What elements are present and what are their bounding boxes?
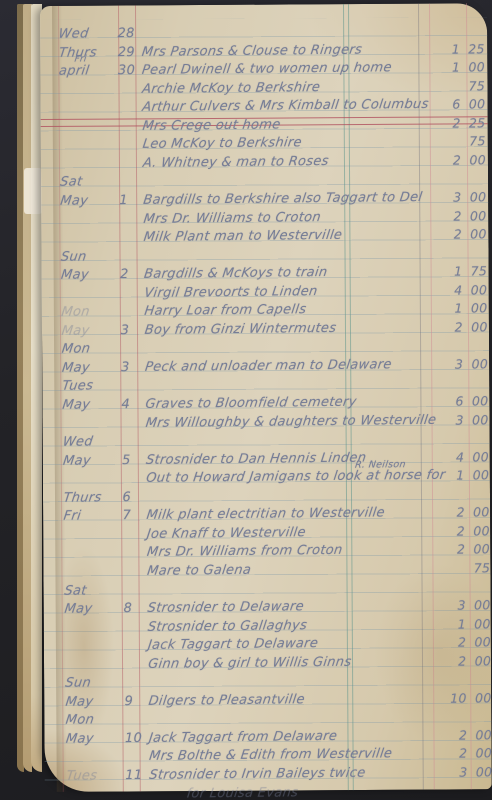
amount: 4 00 — [431, 449, 492, 465]
entry-text: Pearl Dwinell & two women up home — [141, 60, 393, 78]
entry-text: Milk plant electritian to Westerville — [146, 506, 386, 524]
photo-background: Wed 28 Thurs 29 Mrs Parsons & Clouse to … — [0, 0, 492, 800]
amount: 75 — [428, 134, 492, 150]
amount: 75 — [427, 78, 492, 94]
day-label — [59, 82, 117, 83]
day-label: Mon — [61, 341, 121, 357]
date-number: 30 — [118, 63, 138, 78]
amount: 2 00 — [428, 208, 492, 224]
day-label: May — [61, 397, 121, 413]
entry-text: Leo McKoy to Berkshire — [142, 136, 303, 153]
amount: 2 25 — [427, 115, 492, 131]
day-label: Fri — [63, 508, 123, 524]
entry-text: Virgil Brevoorts to Linden — [143, 284, 318, 301]
day-label — [61, 286, 119, 287]
amount: 1 75 — [429, 263, 492, 279]
date-number: 3 — [121, 323, 141, 338]
day-label — [63, 416, 121, 417]
amount: 2 00 — [432, 504, 492, 520]
date-number: 2 — [120, 267, 140, 282]
day-label: Mon — [65, 712, 125, 728]
day-label: May — [62, 453, 122, 469]
amount: 3 00 — [431, 412, 492, 428]
entry-text: Strosnider to Gallaghys — [147, 618, 308, 635]
day-label — [63, 471, 121, 472]
day-label: May — [65, 694, 125, 710]
date-number: 6 — [122, 490, 142, 505]
date-number: 10 — [125, 731, 145, 746]
entry-text: Harry Loar from Capells — [144, 302, 308, 319]
entry-text: Mrs Crege out home — [142, 117, 282, 133]
entry-text: Mrs Parsons & Clouse to Ringers — [141, 42, 363, 59]
day-label — [65, 657, 123, 658]
entry-text: Ginn boy & girl to Willis Ginns — [147, 654, 352, 671]
amount: 3 00 — [433, 597, 492, 613]
entry-text: Boy from Ginzi Wintermutes — [144, 321, 338, 338]
entry-text: Mrs Willoughby & daughters to Westervill… — [145, 412, 437, 430]
entry-text: Jack Taggart from Delaware — [148, 729, 338, 746]
day-label: Sun — [60, 249, 120, 265]
entry-text: Bargdills & McKoys to train — [143, 265, 328, 282]
amount: 2 00 — [428, 152, 492, 168]
entry-text: Mrs Dr. Williams to Croton — [143, 210, 322, 227]
date-number: 8 — [124, 601, 144, 616]
amount: 2 00 — [432, 542, 492, 558]
entry-text: Dilgers to Pleasantville — [148, 692, 306, 709]
day-label: Tues — [61, 379, 121, 395]
day-label: Wed — [62, 434, 122, 450]
amount: 1 00 — [427, 59, 492, 75]
amount: 1 00 — [429, 300, 492, 316]
day-label — [59, 119, 117, 120]
date-number: 3 — [121, 360, 141, 375]
day-label: May — [65, 731, 125, 747]
ledger-entries: Wed 28 Thurs 29 Mrs Parsons & Clouse to … — [38, 2, 492, 793]
entry-text: Mrs Dr. Williams from Croton — [146, 543, 343, 560]
date-number: 11 — [125, 768, 145, 783]
day-label: Tues — [65, 768, 125, 784]
day-label — [60, 156, 118, 157]
amount: 2 00 — [434, 746, 492, 762]
amount: 3 00 — [428, 189, 492, 205]
day-label — [59, 100, 117, 101]
entry-text: A. Whitney & man to Roses — [142, 154, 330, 171]
day-label — [66, 750, 124, 751]
day-label — [60, 212, 118, 213]
amount: 1 00 — [431, 467, 492, 483]
amount: 2 00 — [429, 226, 492, 242]
amount: 2 00 — [433, 653, 492, 669]
amount: 6 00 — [430, 393, 492, 409]
day-sublabel: Fri — [74, 55, 87, 65]
entry-text: Milk Plant man to Westerville — [143, 228, 343, 245]
amount: 6 00 — [427, 96, 492, 112]
entry-text: Strosnider to Dan Hennis Linden — [145, 450, 367, 467]
amount: 1 00 — [433, 616, 492, 632]
day-label — [64, 564, 122, 565]
date-number: 4 — [121, 397, 141, 412]
day-label: May — [60, 267, 120, 283]
date-number: 7 — [123, 508, 143, 523]
date-number: 28 — [117, 26, 137, 41]
day-label: Sun — [64, 675, 124, 691]
entry-text: Mrs Bolthe & Edith from Westerville — [148, 747, 393, 765]
day-label: May — [61, 360, 121, 376]
day-label: May — [59, 193, 119, 209]
entry-text: Strosnider to Delaware — [147, 599, 305, 616]
entry-text: for Louisa Evans — [186, 785, 300, 800]
entry-text: Mare to Galena — [146, 563, 252, 579]
amount: 2 00 — [434, 727, 492, 743]
amount: 2 00 — [433, 634, 492, 650]
day-label — [61, 230, 119, 231]
day-label: Thurs — [62, 490, 122, 506]
day-label: May — [64, 601, 124, 617]
day-label — [65, 638, 123, 639]
amount: 2 00 — [430, 319, 492, 335]
day-label — [60, 137, 118, 138]
date-number: 9 — [124, 694, 144, 709]
ledger-page: Wed 28 Thurs 29 Mrs Parsons & Clouse to … — [40, 3, 492, 792]
entry-text: Joe Knaff to Westerville — [146, 525, 307, 542]
entry-text: Jack Taggart to Delaware — [147, 636, 319, 653]
amount: 75 — [432, 560, 492, 576]
amount: 3 00 — [430, 356, 492, 372]
entry-text: Out to Howard Jamigans to look at horse … — [145, 468, 446, 486]
amount: 10 00 — [433, 690, 492, 706]
day-label: Fri april — [58, 63, 118, 79]
date-number: 1 — [119, 193, 139, 208]
amount: 3 00 — [434, 764, 492, 780]
day-label — [64, 546, 122, 547]
day-label: Sat — [63, 583, 123, 599]
entry-text: Peck and unloader man to Delaware — [144, 357, 393, 375]
day-label: Thurs — [58, 45, 118, 61]
entry-text: Graves to Bloomfield cemetery — [144, 395, 357, 412]
entry-text: Bargdills to Berkshire also Taggart to D… — [142, 190, 423, 208]
amount: 1 25 — [427, 41, 492, 57]
entry-text: Strosnider to Irvin Baileys twice — [148, 766, 366, 783]
day-label — [64, 527, 122, 528]
day-label: Mon — [61, 304, 121, 320]
day-label — [65, 620, 123, 621]
amount: 2 00 — [432, 523, 492, 539]
day-label: Wed — [58, 26, 118, 42]
day-label: Sat — [59, 175, 119, 191]
entry-text: Archie McKoy to Berkshire — [141, 80, 321, 97]
date-number: 29 — [118, 44, 138, 59]
date-number: 5 — [122, 453, 142, 468]
day-label — [66, 787, 124, 788]
entry-text: Arthur Culvers & Mrs Kimball to Columbus — [141, 97, 429, 115]
day-label: May — [61, 323, 121, 339]
amount: 4 00 — [429, 282, 492, 298]
